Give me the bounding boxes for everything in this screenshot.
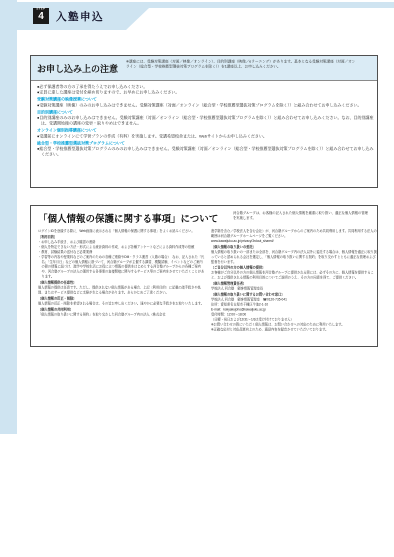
- step-badge: STEP 4: [33, 8, 49, 24]
- privacy-box-title: 「個人情報の保護に関する事項」について: [38, 211, 218, 225]
- page: STEP 4 入塾申込 お申し込み上の注意 ※講座には、受験対策講座（対面／映像…: [0, 0, 394, 557]
- privacy-paragraph: www.kawaijuku.ac.jp/privacy/3rdout_share…: [211, 239, 377, 244]
- notice-box-title: お申し込み上の注意: [37, 62, 118, 75]
- page-margin-strip: [0, 0, 17, 434]
- privacy-paragraph: ・学習等の内容や授業料などのご案内のための各種ご連絡やDM・クラス運営（入塾の場…: [38, 255, 205, 280]
- privacy-box-note-text: 河合塾グループは、お客様の記入された個人情報を厳重に取り扱い、適正な個人情報の管…: [233, 211, 371, 221]
- privacy-paragraph: 個人情報の提供は任意です。ただし、提供されない個人情報がある場合、上記〔利用目的…: [38, 286, 205, 296]
- privacy-paragraph: 学校法人 河合塾 顧客情報管理室長: [211, 287, 377, 292]
- privacy-box: 「個人情報の保護に関する事項」について 河合塾グループは、お客様の記入された個人…: [30, 205, 378, 347]
- notice-box-note-text: ※講座には、受験対策講座（対面／映像／オンライン）、目的別講座（映像／eラーニン…: [126, 59, 356, 69]
- notice-item-list: ●必ず保護者等の方の了承を得たうえでお申し込みください。 ●定員に達した講座は受…: [37, 84, 374, 157]
- privacy-paragraph: 個人情報の取り扱いの一部または全部を、河合塾グループ内の法人以外に委託する場合は…: [211, 250, 377, 265]
- privacy-box-header: 「個人情報の保護に関する事項」について 河合塾グループは、お客様の記入された個人…: [31, 206, 377, 227]
- privacy-paragraph: ログインIDを登録する際に、Web画面に表示される「個人情報の保護に関する事項」…: [38, 229, 205, 234]
- step-number: 4: [38, 12, 44, 21]
- privacy-paragraph: 個人情報の訂正・削除を希望される場合は、その旨お申し出ください。速やかに必要な手…: [38, 301, 205, 306]
- privacy-paragraph: ※正確な応対と対応品質向上のため、通話内容を録音させていただいております。: [211, 327, 377, 332]
- privacy-paragraph: 進学塾を含む／学校法人を含む会社）が、河合塾グループからのご案内のため共同利用し…: [211, 229, 377, 239]
- notice-item: ●受講前にオンラインにて学習プランの作成（有料）を実施します。受講希望校舎または…: [37, 133, 374, 139]
- notice-box-note: ※講座には、受験対策講座（対面／映像／オンライン）、目的別講座（映像／eラーニン…: [126, 59, 394, 81]
- notice-item: ●受験対策講座（映像）のみのお申し込みはできません。受験対策講座（対面／オンライ…: [37, 102, 374, 108]
- privacy-paragraph: 「個人情報の取り扱いに関する契約」を取り交わした河合塾グループ内の法人（株式会社: [38, 312, 205, 317]
- privacy-box-note: 河合塾グループは、お客様の記入された個人情報を厳重に取り扱い、適正な個人情報の管…: [233, 211, 371, 227]
- notice-item: ●定員に達した講座は受付を締め切りますので、お早めにお申し込みください。: [37, 90, 374, 96]
- notice-box-body: ●必ず保護者等の方の了承を得たうえでお申し込みください。 ●定員に達した講座は受…: [31, 81, 377, 187]
- notice-item: ●目的別講座のみのお申し込みはできません。受験対策講座（対面／オンライン（総合型…: [37, 115, 374, 126]
- page-title: 入塾申込: [56, 9, 104, 24]
- notice-box-header: お申し込み上の注意 ※講座には、受験対策講座（対面／映像／オンライン）、目的別講…: [31, 56, 377, 81]
- step-label: STEP: [37, 8, 46, 11]
- privacy-left-column: ログインIDを登録する際に、Web画面に表示される「個人情報の保護に関する事項」…: [38, 229, 205, 317]
- privacy-paragraph: お客様がご自分以外の方の個人情報を河合塾グループに提供される際には、必ずその方に…: [211, 271, 377, 281]
- privacy-columns: ログインIDを登録する際に、Web画面に表示される「個人情報の保護に関する事項」…: [31, 227, 377, 345]
- privacy-right-column: 進学塾を含む／学校法人を含む会社）が、河合塾グループからのご案内のため共同利用し…: [211, 229, 377, 332]
- notice-item: ●総合型・学校推薦型選抜対策プログラムのみのお申し込みはできません。受験対策講座…: [37, 146, 374, 157]
- notice-box: お申し込み上の注意 ※講座には、受験対策講座（対面／映像／オンライン）、目的別講…: [30, 55, 378, 188]
